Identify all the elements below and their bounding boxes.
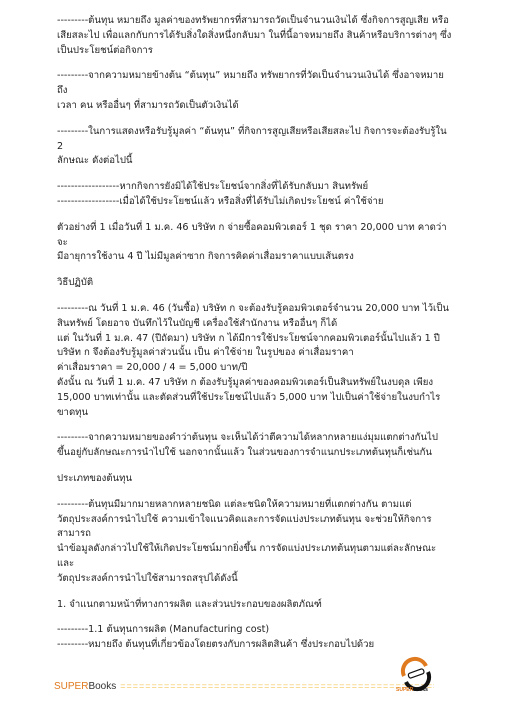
- text-line: เสียสละไป เพื่อแลกกับการได้รับสิ่งใดสิ่ง…: [57, 29, 452, 44]
- text-line: เป็นประโยชน์ต่อกิจการ: [57, 44, 452, 59]
- text-line: ---------จากความหมายข้างต้น “ต้นทุน” หมา…: [57, 69, 452, 99]
- paragraph: วิธีปฏิบัติ: [57, 276, 452, 291]
- paragraph: ---------ต้นทุน หมายถึง มูลค่าของทรัพยาก…: [57, 14, 452, 58]
- text-line: ---------หมายถึง ต้นทุนที่เกี่ยวข้องโดยต…: [57, 638, 452, 653]
- text-line: แต่ ในวันที่ 1 ม.ค. 47 (ปีถัดมา) บริษัท …: [57, 332, 452, 347]
- text-line: สินทรัพย์ โดยอาจ บันทึกไว้ในบัญชี เครื่อ…: [57, 317, 452, 332]
- text-line: ---------ต้นทุนมีมากมายหลากหลายชนิด แต่ล…: [57, 498, 452, 513]
- text-line: ---------จากความหมายของคำว่าต้นทุน จะเห็…: [57, 431, 452, 446]
- text-line: ขึ้นอยู่กับลักษณะการนำไปใช้ นอกจากนั้นแล…: [57, 446, 452, 461]
- paragraph: ---------1.1 ต้นทุนการผลิต (Manufacturin…: [57, 623, 452, 653]
- text-line: ค่าเสื่อมราคา = 20,000 / 4 = 5,000 บาท/ป…: [57, 361, 452, 376]
- paragraph: ---------ณ วันที่ 1 ม.ค. 46 (วันซื้อ) บร…: [57, 302, 452, 420]
- text-line: มีอายุการใช้งาน 4 ปี ไม่มีมูลค่าซาก กิจก…: [57, 250, 452, 265]
- text-line: ประเภทของต้นทุน: [57, 472, 452, 487]
- paragraph: ตัวอย่างที่ 1 เมื่อวันที่ 1 ม.ค. 46 บริษ…: [57, 221, 452, 265]
- text-line: ---------ในการแสดงหรือรับรู้มูลค่า “ต้นท…: [57, 125, 452, 155]
- paragraph: ---------ต้นทุนมีมากมายหลากหลายชนิด แต่ล…: [57, 498, 452, 587]
- text-line: 1. จำแนกตามหน้าที่ทางการผลิต และส่วนประก…: [57, 598, 452, 613]
- paragraph: ประเภทของต้นทุน: [57, 472, 452, 487]
- paragraph: ---------จากความหมายของคำว่าต้นทุน จะเห็…: [57, 431, 452, 461]
- text-line: ตัวอย่างที่ 1 เมื่อวันที่ 1 ม.ค. 46 บริษ…: [57, 221, 452, 251]
- text-line: บริษัท ก จึงต้องรับรู้มูลค่าส่วนนั้น เป็…: [57, 346, 452, 361]
- paragraph: ---------จากความหมายข้างต้น “ต้นทุน” หมา…: [57, 69, 452, 113]
- paragraph: ---------ในการแสดงหรือรับรู้มูลค่า “ต้นท…: [57, 125, 452, 169]
- text-line: 15,000 บาทเท่านั้น และตัดส่วนที่ใช้ประโย…: [57, 391, 452, 421]
- text-line: ---------ต้นทุน หมายถึง มูลค่าของทรัพยาก…: [57, 14, 452, 29]
- paragraph: 1. จำแนกตามหน้าที่ทางการผลิต และส่วนประก…: [57, 598, 452, 613]
- text-line: ---------ณ วันที่ 1 ม.ค. 46 (วันซื้อ) บร…: [57, 302, 452, 317]
- text-line: ------------------หากกิจการยังมิได้ใช้ปร…: [57, 180, 452, 195]
- logo-wordmark: SUPERbooks: [396, 687, 428, 693]
- footer: SUPERBooks =============================…: [54, 678, 434, 694]
- text-line: ---------1.1 ต้นทุนการผลิต (Manufacturin…: [57, 623, 452, 638]
- footer-brand-books: Books: [88, 681, 116, 692]
- text-line: วัตถุประสงค์การนำไปใช้ ความเข้าใจแนวคิดแ…: [57, 513, 452, 543]
- text-line: ดังนั้น ณ วันที่ 1 ม.ค. 47 บริษัท ก ต้อง…: [57, 376, 452, 391]
- text-line: ------------------เมื่อได้ใช้ประโยชน์แล้…: [57, 195, 452, 210]
- text-line: เวลา คน หรืออื่นๆ ที่สามารถวัดเป็นตัวเงิ…: [57, 99, 452, 114]
- logo-super: SUPER: [396, 687, 413, 693]
- text-line: วิธีปฏิบัติ: [57, 276, 452, 291]
- paragraph: ------------------หากกิจการยังมิได้ใช้ปร…: [57, 180, 452, 210]
- footer-brand-super: SUPER: [54, 681, 88, 692]
- text-line: นำข้อมูลดังกล่าวไปใช้ให้เกิดประโยชน์มากย…: [57, 542, 452, 572]
- document-body: ---------ต้นทุน หมายถึง มูลค่าของทรัพยาก…: [57, 14, 452, 664]
- footer-rule: ========================================…: [120, 681, 434, 691]
- logo-books: books: [413, 687, 428, 693]
- text-line: วัตถุประสงค์การนำไปใช้สามารถสรุปได้ดังนี…: [57, 572, 452, 587]
- text-line: ลักษณะ ดังต่อไปนี้: [57, 154, 452, 169]
